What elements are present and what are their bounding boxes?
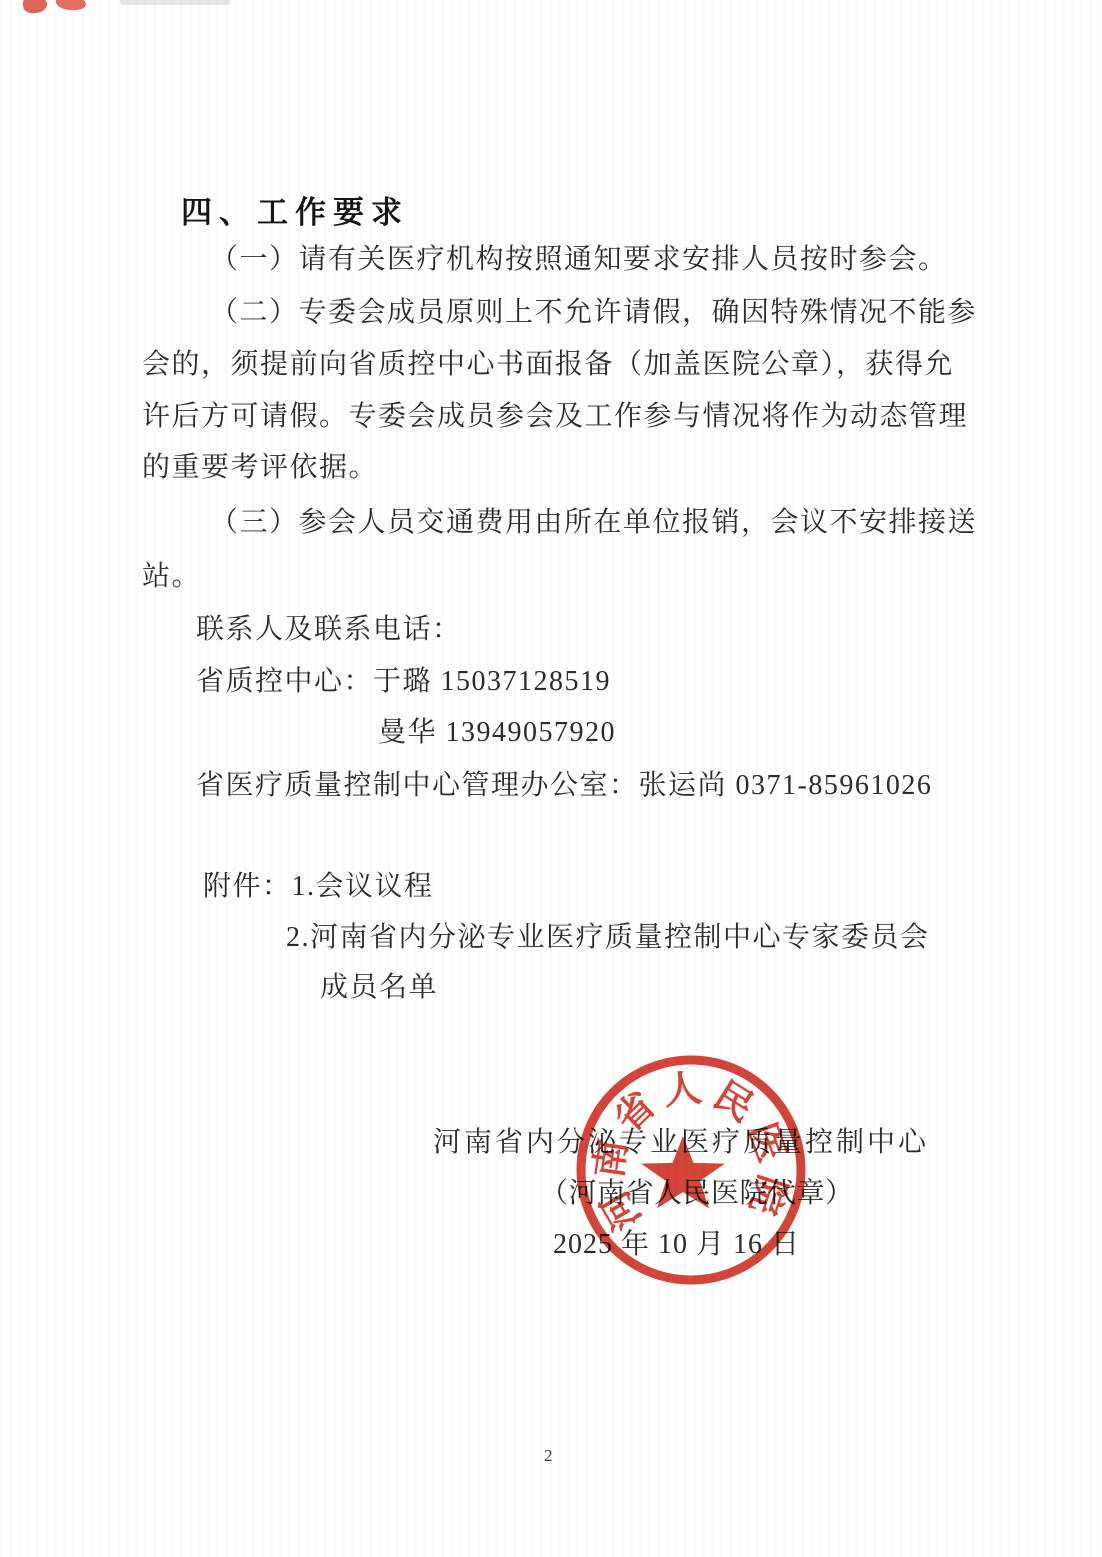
paragraph-3-line: 站。 (142, 555, 201, 599)
contact-line: 省医疗质量控制中心管理办公室：张运尚 0371-85961026 (196, 764, 932, 808)
signature-org-note: （河南省人民医院代章） (540, 1172, 854, 1216)
attachment-line: 2.河南省内分泌专业医疗质量控制中心专家委员会 (286, 916, 930, 960)
contact-line: 曼华 13949057920 (378, 711, 616, 755)
paragraph-3-line: （三）参会人员交通费用由所在单位报销，会议不安排接送 (210, 501, 977, 545)
signature-date: 2025 年 10 月 16 日 (553, 1223, 800, 1267)
paragraph-2-line: 会的，须提前向省质控中心书面报备（加盖医院公章），获得允 (142, 343, 954, 387)
paragraph-1-line: （一）请有关医疗机构按照通知要求安排人员按时参会。 (210, 238, 948, 282)
scan-gray-mark (120, 0, 230, 5)
attachment-line: 附件：1.会议议程 (203, 865, 434, 909)
scan-red-mark (22, 0, 48, 15)
signature-org: 河南省内分泌专业医疗质量控制中心 (433, 1121, 929, 1165)
scan-red-mark (55, 0, 86, 11)
contacts-intro: 联系人及联系电话： (196, 608, 462, 652)
attachment-line: 成员名单 (320, 966, 438, 1010)
paragraph-2-line: （二）专委会成员原则上不允许请假，确因特殊情况不能参 (210, 291, 977, 335)
document-page: 四、工作要求 （一）请有关医疗机构按照通知要求安排人员按时参会。 （二）专委会成… (0, 0, 1102, 1557)
paragraph-2-line: 许后方可请假。专委会成员参会及工作参与情况将作为动态管理 (142, 395, 968, 439)
paragraph-2-line: 的重要考评依据。 (142, 446, 378, 490)
official-seal: 河 南 省 人 民 医 院 (536, 1015, 846, 1325)
page-number: 2 (544, 1446, 553, 1466)
contact-line: 省质控中心：于璐 15037128519 (196, 660, 611, 704)
seal-char: 人 (662, 1068, 704, 1114)
seal-graphic: 河 南 省 人 民 医 院 (536, 1015, 846, 1325)
section-heading: 四、工作要求 (181, 191, 409, 235)
